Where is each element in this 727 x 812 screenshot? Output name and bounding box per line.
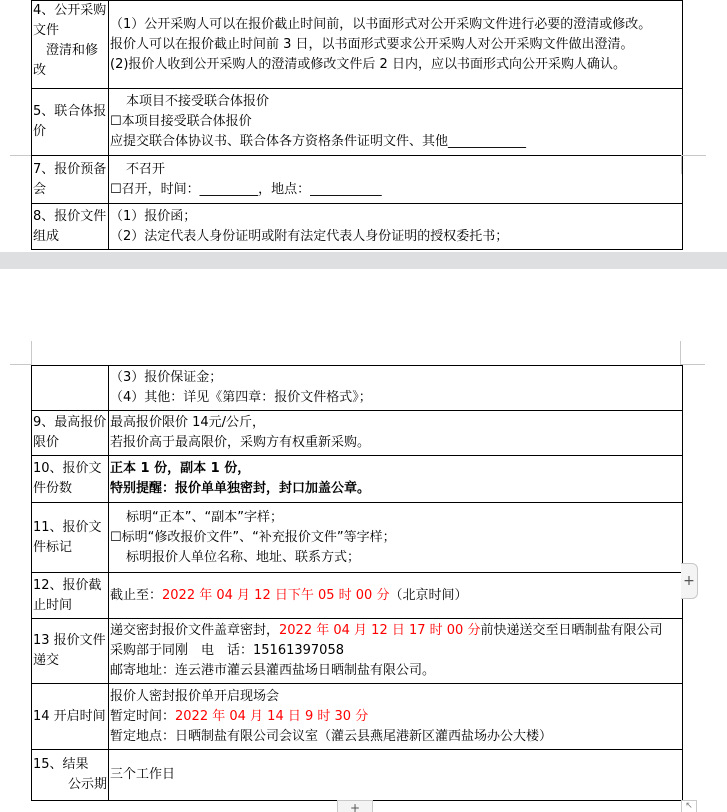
table-row-bid-composition: 8、报价文件组成 （1）报价函； （2）法定代表人身份证明或附有法定代表人身份证… — [32, 204, 683, 250]
row-content: 正本 1 份，副本 1 份， 特别提醒：报价单单独密封，封口加盖公章。 — [109, 456, 683, 503]
table-row-max-price: 9、最高报价限价 最高报价限价 14元/公斤， 若报价高于最高限价，采购方有权重… — [32, 411, 683, 456]
option-mark-copies: 标明“正本”、“副本”字样； — [110, 508, 681, 528]
contact-line: 采购部于同刚 电 话：15161397058 — [110, 641, 681, 661]
option-not-held: 不召开 — [110, 160, 681, 180]
label-text: 12、报价截止时间 — [33, 576, 107, 616]
margin-corner-mark — [10, 155, 31, 156]
deadline-line: 截止至：2022 年 04 月 12 日下午 05 时 00 分（北京时间） — [110, 586, 681, 606]
content-line: 报价人密封报价单开启现场会 — [110, 687, 681, 707]
checkbox-option-held[interactable]: ☐召开，时间：_________，地点：___________ — [110, 180, 681, 200]
content-line: 应提交联合体协议书、联合体各方资格条件证明文件、其他____________ — [110, 132, 681, 152]
content-line: 最高报价限价 14元/公斤， — [110, 413, 681, 433]
margin-corner-mark — [31, 341, 32, 365]
content-line: （1）公开采购人可以在报价截止时间前，以书面形式对公开采购文件进行必要的澄清或修… — [110, 15, 681, 35]
opening-time-prefix: 暂定时间： — [110, 709, 175, 724]
row-label: 13 报价文件递交 — [32, 619, 109, 684]
row-content: （1）报价函； （2）法定代表人身份证明或附有法定代表人身份证明的授权委托书； — [109, 204, 683, 250]
label-text: 9、最高报价限价 — [33, 413, 107, 453]
content-line: 报价人可以在报价截止时间前 3 日，以书面形式要求公开采购人对公开采购文件做出澄… — [110, 35, 681, 55]
row-label: 14 开启时间 — [32, 684, 109, 750]
row-label: 11、报价文件标记 — [32, 503, 109, 573]
row-label: 8、报价文件组成 — [32, 204, 109, 250]
content-line: （2）法定代表人身份证明或附有法定代表人身份证明的授权委托书； — [110, 227, 681, 247]
row-label: 12、报价截止时间 — [32, 573, 109, 619]
submission-line: 递交密封报价文件盖章密封，2022 年 04 月 12 日 17 时 00 分前… — [110, 621, 681, 641]
margin-corner-mark — [681, 155, 706, 174]
label-text: 8、报价文件组成 — [33, 207, 107, 247]
document-page-1: 4、公开采购文件 澄清和修改 （1）公开采购人可以在报价截止时间前，以书面形式对… — [0, 0, 727, 252]
row-label: 10、报价文件份数 — [32, 456, 109, 503]
add-row-button[interactable]: + — [337, 800, 373, 812]
margin-corner-mark — [10, 364, 31, 365]
margin-corner-mark — [681, 364, 705, 365]
table-row-opening: 14 开启时间 报价人密封报价单开启现场会 暂定时间：2022 年 04 月 1… — [32, 684, 683, 750]
deadline-timezone: （北京时间） — [389, 588, 467, 603]
table-row-clarification: 4、公开采购文件 澄清和修改 （1）公开采购人可以在报价截止时间前，以书面形式对… — [32, 1, 683, 89]
row-label: 7、报价预备会 — [32, 156, 109, 204]
content-line: （1）报价函； — [110, 207, 681, 227]
label-text: 13 报价文件递交 — [33, 631, 107, 671]
label-text: 14 开启时间 — [33, 707, 107, 727]
row-label — [32, 366, 109, 411]
resize-arrow-icon: ↖ — [685, 801, 693, 811]
row-content: 递交密封报价文件盖章密封，2022 年 04 月 12 日 17 时 00 分前… — [109, 619, 683, 684]
document-page-2: （3）报价保证金； （4）其他：详见《第四章：报价文件格式》； 9、最高报价限价… — [0, 269, 727, 812]
content-line: (2)报价人收到公开采购人的澄清或修改文件后 2 日内，应以书面形式向公开采购人… — [110, 55, 681, 75]
row-content: 本项目不接受联合体报价 ☐本项目接受联合体报价 应提交联合体协议书、联合体各方资… — [109, 89, 683, 156]
label-text: 15、结果 — [33, 755, 107, 775]
row-content: 不召开 ☐召开，时间：_________，地点：___________ — [109, 156, 683, 204]
label-text: 7、报价预备会 — [33, 160, 107, 200]
content-line: （4）其他：详见《第四章：报价文件格式》； — [110, 388, 681, 408]
row-content: 标明“正本”、“副本”字样； ☐标明“修改报价文件”、“补充报价文件”等字样； … — [109, 503, 683, 573]
label-text: 5、联合体报价 — [33, 102, 107, 142]
content-line: 若报价高于最高限价，采购方有权重新采购。 — [110, 433, 681, 453]
table-row-deadline: 12、报价截止时间 截止至：2022 年 04 月 12 日下午 05 时 00… — [32, 573, 683, 619]
margin-corner-mark — [680, 341, 681, 365]
deadline-prefix: 截止至： — [110, 588, 162, 603]
label-text: 4、公开采购文件 — [33, 1, 107, 41]
table-row-pre-bid-meeting: 7、报价预备会 不召开 ☐召开，时间：_________，地点：________… — [32, 156, 683, 204]
requirements-table-page-1: 4、公开采购文件 澄清和修改 （1）公开采购人可以在报价截止时间前，以书面形式对… — [31, 0, 683, 250]
submission-datetime: 2022 年 04 月 12 日 17 时 00 分 — [279, 623, 480, 638]
row-content: （1）公开采购人可以在报价截止时间前，以书面形式对公开采购文件进行必要的澄清或修… — [109, 1, 683, 89]
label-text: 11、报价文件标记 — [33, 518, 107, 558]
content-line: 正本 1 份，副本 1 份， — [110, 459, 681, 479]
row-label: 15、结果 公示期 — [32, 750, 109, 801]
page-separator — [0, 252, 727, 269]
opening-location: 暂定地点：日晒制盐有限公司会议室（灌云县燕尾港新区灌西盐场办公大楼） — [110, 727, 681, 747]
table-row-copies: 10、报价文件份数 正本 1 份，副本 1 份， 特别提醒：报价单单独密封，封口… — [32, 456, 683, 503]
special-reminder: 特别提醒：报价单单独密封，封口加盖公章。 — [110, 479, 681, 499]
table-row-marking: 11、报价文件标记 标明“正本”、“副本”字样； ☐标明“修改报价文件”、“补充… — [32, 503, 683, 573]
row-label: 5、联合体报价 — [32, 89, 109, 156]
plus-icon: + — [683, 573, 695, 589]
row-content: 报价人密封报价单开启现场会 暂定时间：2022 年 04 月 14 日 9 时 … — [109, 684, 683, 750]
plus-icon: + — [350, 801, 360, 812]
row-content: （3）报价保证金； （4）其他：详见《第四章：报价文件格式》； — [109, 366, 683, 411]
label-text: 公示期 — [33, 775, 107, 795]
table-row-bid-composition-cont: （3）报价保证金； （4）其他：详见《第四章：报价文件格式》； — [32, 366, 683, 411]
table-row-consortium: 5、联合体报价 本项目不接受联合体报价 ☐本项目接受联合体报价 应提交联合体协议… — [32, 89, 683, 156]
row-label: 9、最高报价限价 — [32, 411, 109, 456]
row-content: 截止至：2022 年 04 月 12 日下午 05 时 00 分（北京时间） — [109, 573, 683, 619]
label-text: 澄清和修改 — [33, 41, 107, 81]
label-text: 10、报价文件份数 — [33, 459, 107, 499]
opening-datetime: 2022 年 04 月 14 日 9 时 30 分 — [175, 709, 368, 724]
table-resize-handle[interactable]: ↖ — [681, 800, 697, 812]
requirements-table-page-2: （3）报价保证金； （4）其他：详见《第四章：报价文件格式》； 9、最高报价限价… — [31, 365, 683, 801]
row-label: 4、公开采购文件 澄清和修改 — [32, 1, 109, 89]
content-line: 三个工作日 — [110, 765, 681, 785]
row-content: 三个工作日 — [109, 750, 683, 801]
mailing-address: 邮寄地址：连云港市灌云县灌西盐场日晒制盐有限公司。 — [110, 661, 681, 681]
opening-time-line: 暂定时间：2022 年 04 月 14 日 9 时 30 分 — [110, 707, 681, 727]
submission-prefix: 递交密封报价文件盖章密封， — [110, 623, 279, 638]
table-row-submission: 13 报价文件递交 递交密封报价文件盖章密封，2022 年 04 月 12 日 … — [32, 619, 683, 684]
deadline-datetime: 2022 年 04 月 12 日下午 05 时 00 分 — [162, 588, 389, 603]
checkbox-option-mark-revision[interactable]: ☐标明“修改报价文件”、“补充报价文件”等字样； — [110, 528, 681, 548]
row-content: 最高报价限价 14元/公斤， 若报价高于最高限价，采购方有权重新采购。 — [109, 411, 683, 456]
checkbox-option-accept[interactable]: ☐本项目接受联合体报价 — [110, 112, 681, 132]
table-row-publicity-period: 15、结果 公示期 三个工作日 — [32, 750, 683, 801]
content-line: （3）报价保证金； — [110, 368, 681, 388]
submission-suffix: 前快递送交至日晒制盐有限公司 — [480, 623, 662, 638]
option-not-accept: 本项目不接受联合体报价 — [110, 92, 681, 112]
add-column-button[interactable]: + — [681, 563, 698, 599]
option-mark-bidder-info: 标明报价人单位名称、地址、联系方式； — [110, 548, 681, 568]
